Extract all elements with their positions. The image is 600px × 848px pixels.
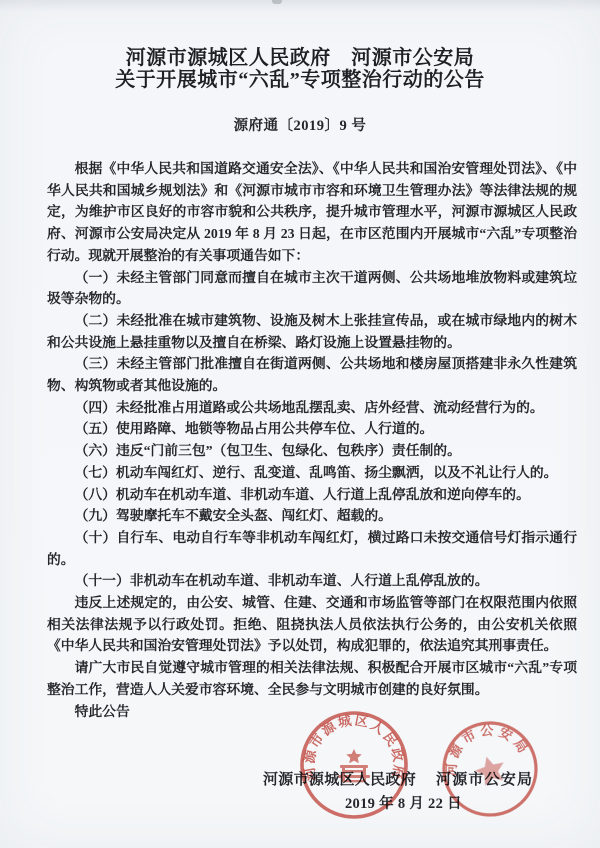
star-icon <box>473 754 507 787</box>
item-4: （四）未经批准占用道路或公共场地乱摆乱卖、店外经营、流动经营行为的。 <box>47 397 577 419</box>
appeal-paragraph: 请广大市民自觉遵守城市管理的相关法律法规、积极配合开展市区城市“六乱”专项整治工… <box>47 657 577 700</box>
item-6: （六）违反“门前三包”（包卫生、包绿化、包秩序）责任制的。 <box>47 440 577 462</box>
item-3: （三）未经主管部门批准擅自在街道两侧、公共场地和楼房屋顶搭建非永久性建筑物、构筑… <box>47 353 577 396</box>
title-line-1: 河源市源城区人民政府 河源市公安局 <box>0 47 600 69</box>
notice-document-page: 河源市源城区人民政府 河源市公安局 关于开展城市“六乱”专项整治行动的公告 源府… <box>0 0 600 848</box>
item-5: （五）使用路障、地锁等物品占用公共停车位、人行道的。 <box>47 418 577 440</box>
government-seal: 河源市源城区人民政府 <box>298 709 410 821</box>
document-number: 源府通〔2019〕9 号 <box>0 114 600 135</box>
item-2: （二）未经批准在城市建筑物、设施及树木上张挂宣传品，或在城市绿地内的树木和公共设… <box>47 310 577 353</box>
item-10: （十）自行车、电动自行车等非机动车闯红灯，横过路口未按交通信号灯指示通行的。 <box>47 527 577 570</box>
item-1: （一）未经主管部门同意而擅自在城市主次干道两侧、公共场地堆放物料或建筑垃圾等杂物… <box>47 267 577 310</box>
item-7: （七）机动车闯红灯、逆行、乱变道、乱鸣笛、扬尘飘洒，以及不礼让行人的。 <box>47 462 577 484</box>
enforcement-paragraph: 违反上述规定的，由公安、城管、住建、交通和市场监管等部门在权限范围内依照相关法律… <box>47 592 577 657</box>
intro-paragraph: 根据《中华人民共和国道路交通安全法》、《中华人民共和国治安管理处罚法》、《中华人… <box>47 158 577 267</box>
item-9: （九）驾驶摩托车不戴安全头盔、闯红灯、超载的。 <box>47 505 577 527</box>
notice-body: 根据《中华人民共和国道路交通安全法》、《中华人民共和国治安管理处罚法》、《中华人… <box>0 158 600 722</box>
title-block: 河源市源城区人民政府 河源市公安局 关于开展城市“六乱”专项整治行动的公告 <box>0 0 600 91</box>
item-11: （十一）非机动车在机动车道、非机动车道、人行道上乱停乱放的。 <box>47 570 577 592</box>
scan-artifact-mark <box>272 0 282 4</box>
item-8: （八）机动车在机动车道、非机动车道、人行道上乱停乱放和逆向停车的。 <box>47 484 577 506</box>
national-emblem-icon <box>338 749 370 782</box>
title-line-2: 关于开展城市“六乱”专项整治行动的公告 <box>0 69 600 91</box>
